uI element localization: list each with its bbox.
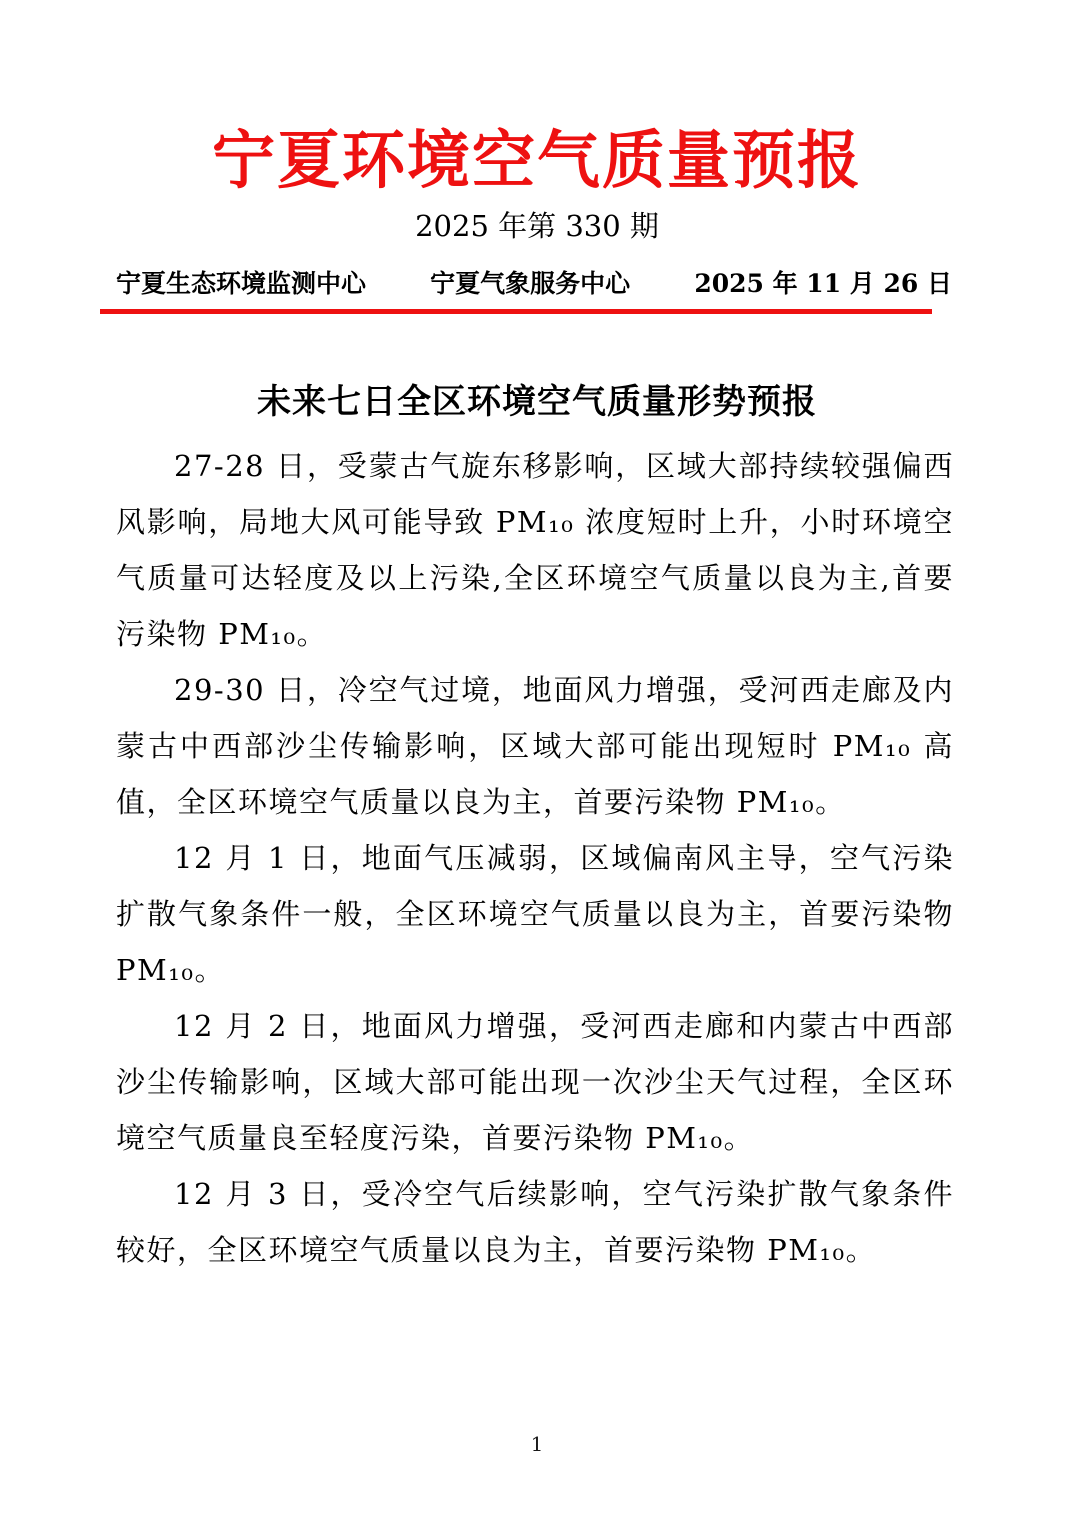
forecast-paragraph-3: 12 月 1 日，地面气压减弱，区域偏南风主导，空气污染扩散气象条件一般，全区环… bbox=[116, 830, 954, 998]
issue-date: 2025 年 11 月 26 日 bbox=[694, 264, 952, 300]
issue-number: 2025 年第 330 期 bbox=[0, 209, 1074, 244]
forecast-body: 27-28 日，受蒙古气旋东移影响，区域大部持续较强偏西风影响，局地大风可能导致… bbox=[116, 438, 954, 1278]
issuer-left-org: 宁夏生态环境监测中心 bbox=[116, 264, 366, 300]
document-page: 宁夏环境空气质量预报 2025 年第 330 期 宁夏生态环境监测中心 宁夏气象… bbox=[0, 0, 1074, 1520]
document-title: 宁夏环境空气质量预报 bbox=[0, 0, 1074, 203]
issuer-header-row: 宁夏生态环境监测中心 宁夏气象服务中心 2025 年 11 月 26 日 bbox=[116, 264, 952, 300]
forecast-paragraph-5: 12 月 3 日，受冷空气后续影响，空气污染扩散气象条件较好，全区环境空气质量以… bbox=[116, 1166, 954, 1278]
section-title: 未来七日全区环境空气质量形势预报 bbox=[0, 380, 1074, 424]
forecast-paragraph-1: 27-28 日，受蒙古气旋东移影响，区域大部持续较强偏西风影响，局地大风可能导致… bbox=[116, 438, 954, 662]
page-number: 1 bbox=[0, 1432, 1074, 1456]
issuer-center-org: 宁夏气象服务中心 bbox=[430, 264, 630, 300]
forecast-paragraph-2: 29-30 日，冷空气过境，地面风力增强，受河西走廊及内蒙古中西部沙尘传输影响，… bbox=[116, 662, 954, 830]
forecast-paragraph-4: 12 月 2 日，地面风力增强，受河西走廊和内蒙古中西部沙尘传输影响，区域大部可… bbox=[116, 998, 954, 1166]
red-divider-line bbox=[100, 309, 932, 314]
